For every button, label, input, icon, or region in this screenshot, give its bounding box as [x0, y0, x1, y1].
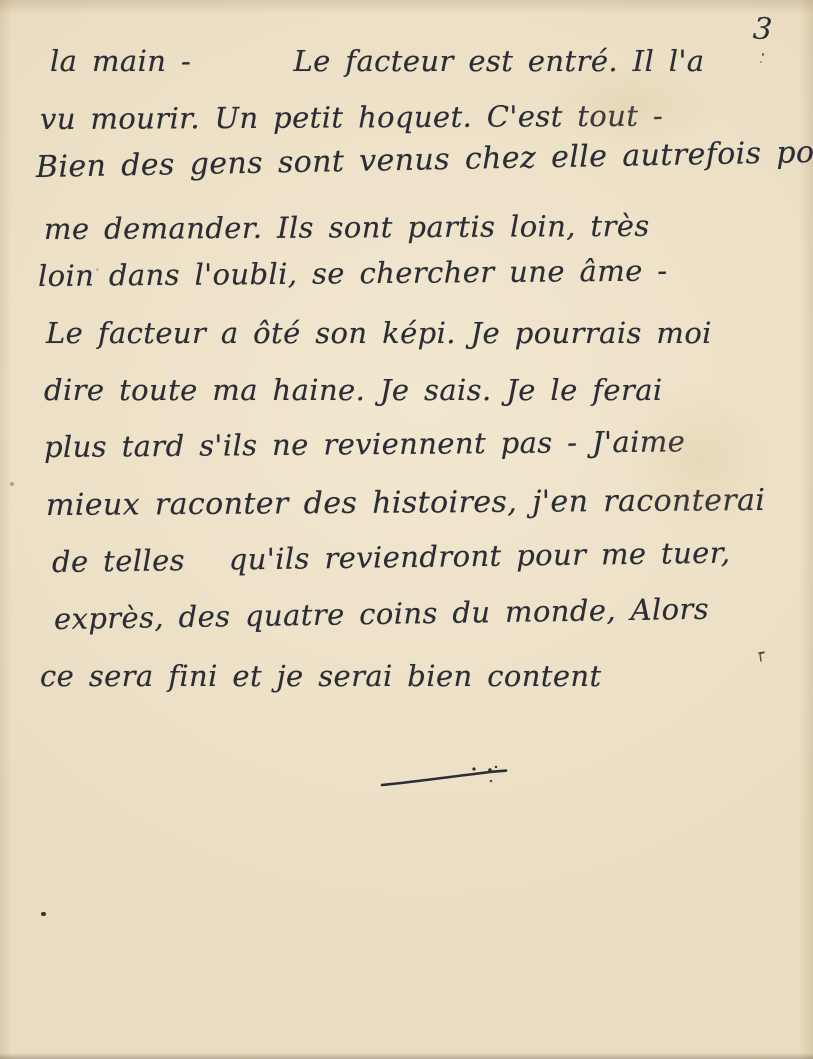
end-flourish-rule [378, 760, 518, 792]
handwritten-line-11: exprès, des quatre coins du monde, Alors [54, 593, 710, 637]
ink-dot [762, 53, 764, 56]
page-number: 3 [752, 11, 773, 47]
handwritten-line-8: plus tard s'ils ne reviennent pas - J'ai… [44, 425, 686, 464]
handwritten-line-5: loin dans l'oubli, se chercher une âme - [38, 255, 668, 294]
manuscript-page: 3 la main - Le facteur est entré. Il l'a… [0, 0, 813, 1059]
handwritten-line-4: me demander. Ils sont partis loin, très [44, 210, 650, 247]
paper-stain [540, 60, 720, 150]
foxing-spot [96, 268, 99, 271]
handwritten-line-6: Le facteur a ôté son képi. Je pourrais m… [46, 317, 712, 350]
handwritten-line-10: de telles qu'ils reviendront pour me tue… [52, 537, 731, 580]
handwritten-line-3: Bien des gens sont venus chez elle autre… [36, 135, 813, 185]
handwritten-line-12: ce sera fini et je serai bien content [40, 660, 602, 693]
tick-mark [757, 651, 767, 663]
foxing-spot [10, 482, 14, 486]
ink-dot [760, 61, 762, 63]
ink-speck [41, 912, 46, 916]
paper-stain [620, 380, 780, 540]
handwritten-line-7: dire toute ma haine. Je sais. Je le fera… [44, 374, 663, 407]
